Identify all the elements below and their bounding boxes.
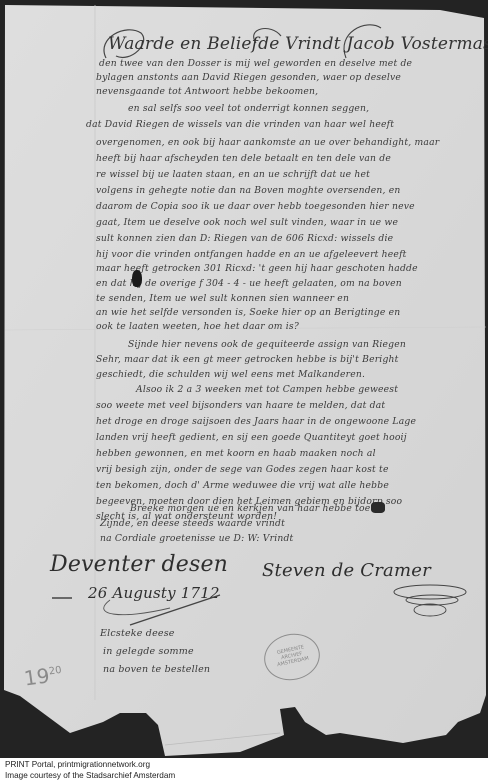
letter-line: bylagen anstonts aan David Riegen gesond… xyxy=(96,72,401,83)
letter-line: Zijnde, en deese steeds waarde vrindt xyxy=(100,518,285,529)
letter-line: re wissel bij ue laaten staan, en an ue … xyxy=(96,169,370,180)
pencil-superscript: 20 xyxy=(48,665,62,678)
letter-line: daarom de Copia soo ik ue daar over hebb… xyxy=(96,201,415,212)
letter-line: en sal selfs soo veel tot onderrigt konn… xyxy=(128,103,369,114)
letter-line: sult konnen zien dan D: Riegen van de 60… xyxy=(96,233,393,244)
letter-line: den twee van den Dosser is mij wel gewor… xyxy=(99,58,412,69)
letter-line: te senden, Item ue wel sult konnen sien … xyxy=(96,293,349,304)
letter-line: an wie het selfde versonden is, Soeke hi… xyxy=(96,307,400,318)
letter-line: nevensgaande tot Antwoort hebbe bekoomen… xyxy=(96,86,318,97)
letter-line: geschiedt, die schulden wij wel eens met… xyxy=(96,369,365,380)
letter-line: Sehr, maar dat ik een gt meer getrocken … xyxy=(96,354,399,365)
letter-line: landen vrij heeft gedient, en sij een go… xyxy=(96,432,407,443)
letter-line: Sijnde hier nevens ook de gequiteerde as… xyxy=(128,339,406,350)
letter-line: hij voor die vrinden ontfangen hadde en … xyxy=(96,249,407,260)
document-scan: Waarde en Beliefde Vrindt Jacob Vosterma… xyxy=(0,0,488,758)
pencil-number: 19 xyxy=(23,663,52,690)
letter-line: overgenomen, en ook bij haar aankomste a… xyxy=(96,137,439,148)
letter-line: Alsoo ik 2 a 3 weeken met tot Campen heb… xyxy=(136,384,398,395)
postscript-line: na boven te bestellen xyxy=(103,664,210,675)
caption-portal: PRINT Portal, printmigrationnetwork.org xyxy=(5,759,175,770)
signature-flourish xyxy=(390,580,470,630)
letter-line: gaat, Item ue deselve ook noch wel sult … xyxy=(96,217,398,228)
place-of-writing: Deventer desen xyxy=(50,552,228,577)
stamp-text: GEMEENTE ARCHIEF AMSTERDAM xyxy=(273,644,310,669)
letter-line: vrij besigh zijn, onder de sege van Gode… xyxy=(96,464,389,475)
image-credit-caption: PRINT Portal, printmigrationnetwork.org … xyxy=(5,759,175,781)
postscript-line: in gelegde somme xyxy=(103,646,194,657)
signature: Steven de Cramer xyxy=(262,560,431,581)
letter-line: ook te laaten weeten, hoe het daar om is… xyxy=(96,321,299,332)
letter-line: na Cordiale groetenisse ue D: W: Vrindt xyxy=(100,533,293,544)
letter-line: het droge en droge saijsoen des Jaars ha… xyxy=(96,416,416,427)
date-underline-flourish xyxy=(50,590,230,630)
ink-blot xyxy=(132,270,142,287)
letter-line: ten bekomen, doch d' Arme weduwee die vr… xyxy=(96,480,389,491)
postscript-line: Elcsteke deese xyxy=(100,628,175,639)
letter-line: hebben gewonnen, en met koorn en haab ma… xyxy=(96,448,376,459)
letter-line: heeft bij haar afscheyden ten dele betaa… xyxy=(96,153,391,164)
letter-line: soo weete met veel bijsonders van haare … xyxy=(96,400,385,411)
caption-courtesy: Image courtesy of the Stadsarchief Amste… xyxy=(5,770,175,781)
ink-blot xyxy=(371,502,385,513)
letter-line: volgens in gehegte notie dan na Boven mo… xyxy=(96,185,401,196)
letter-line: dat David Riegen de wissels van die vrin… xyxy=(86,119,394,130)
salutation: Waarde en Beliefde Vrindt Jacob Vosterma… xyxy=(108,34,488,54)
letter-line: Breeke morgen ue en kerkjen van haar heb… xyxy=(130,503,370,514)
letter-line: maar heeft getrocken 301 Ricxd: 't geen … xyxy=(96,263,418,274)
